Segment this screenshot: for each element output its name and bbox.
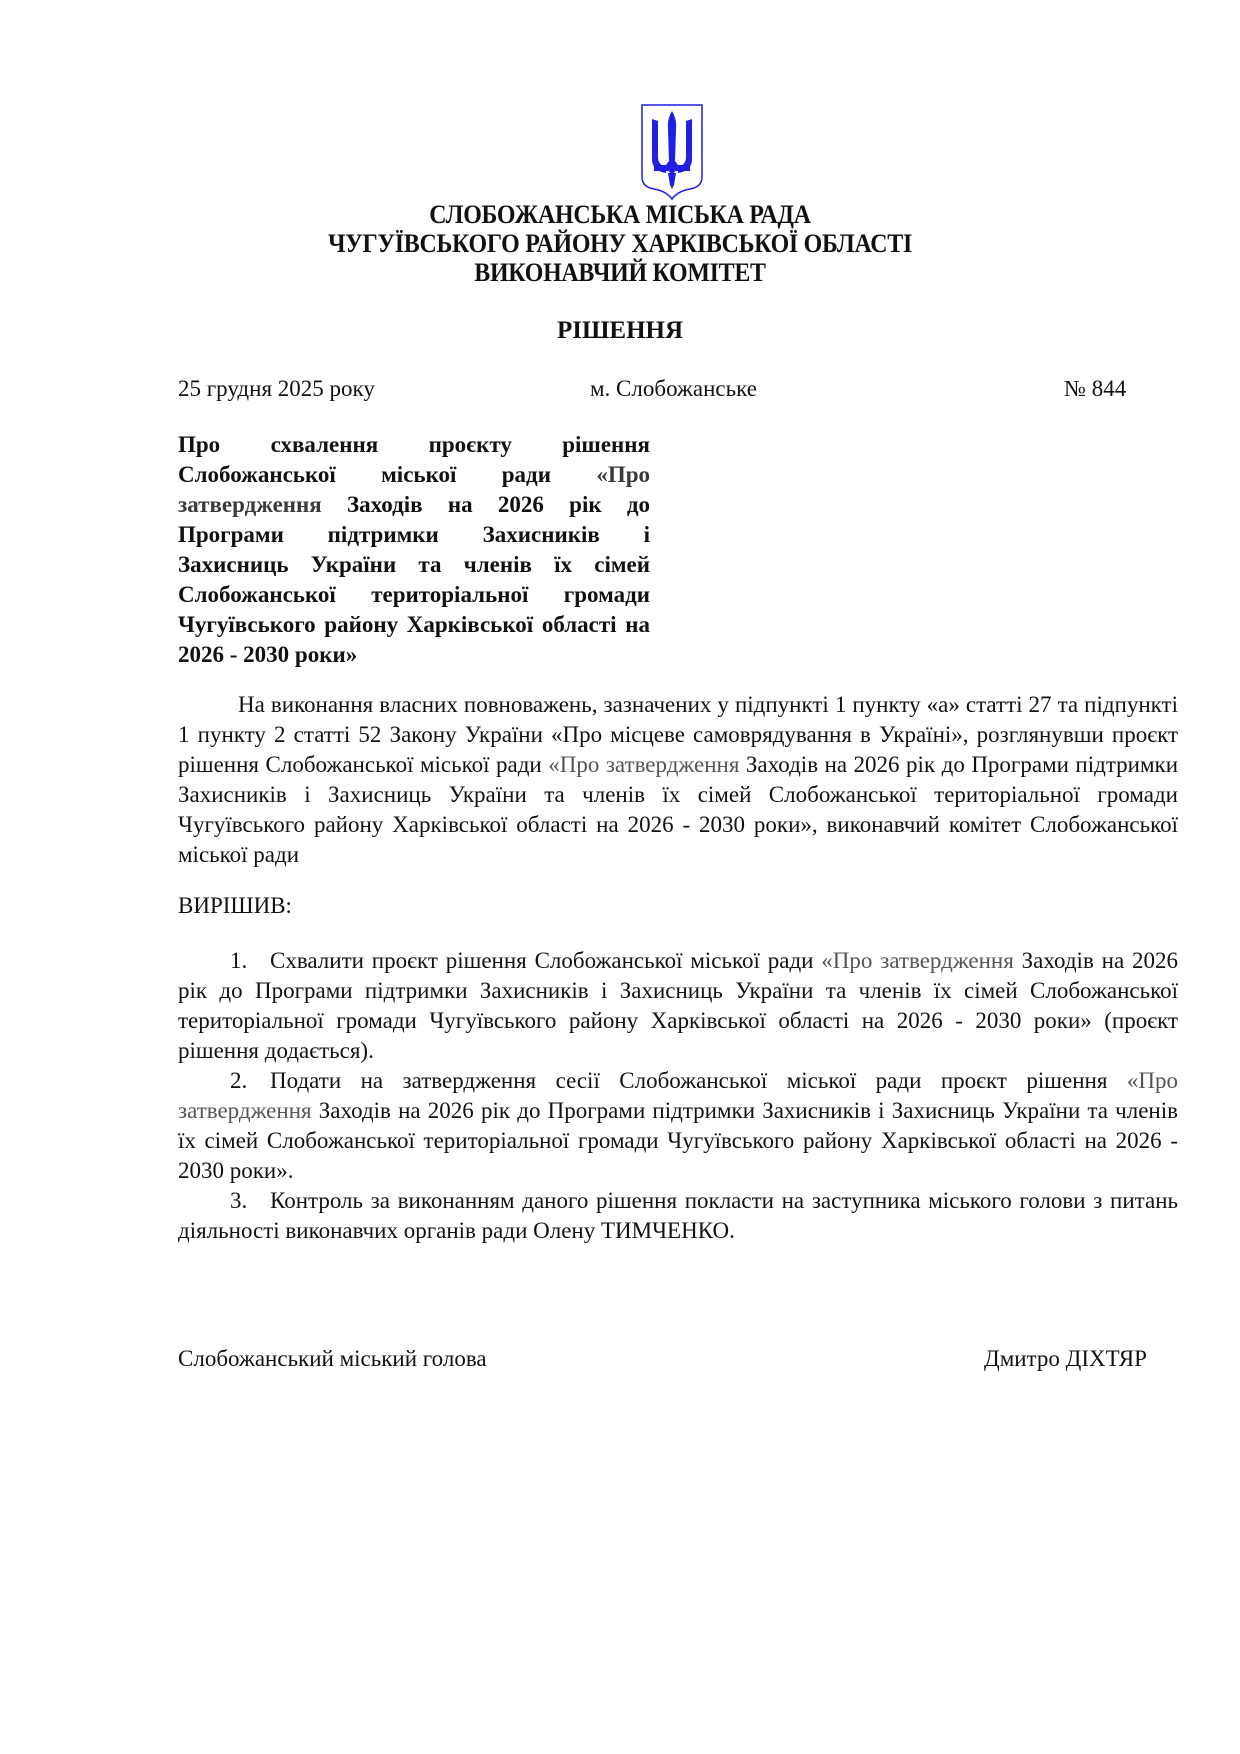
item-text-rest: Заходів на 2026 рік до Програми підтримк… <box>178 1098 1178 1183</box>
district-region: ЧУГУЇВСЬКОГО РАЙОНУ ХАРКІВСЬКОЇ ОБЛАСТІ <box>50 229 1191 259</box>
decision-number: № 844 <box>1064 376 1126 402</box>
item-number: 1. <box>230 946 270 976</box>
subject-text: Про схвалення проєкту рішення Слобожансь… <box>178 432 650 487</box>
executive-committee: ВИКОНАВЧИЙ КОМІТЕТ <box>50 258 1191 288</box>
resolved-label: ВИРІШИВ: <box>178 893 292 919</box>
item-text: Подати на затвердження сесії Слобожанськ… <box>270 1068 1127 1093</box>
decision-date: 25 грудня 2025 року <box>178 376 375 402</box>
document-page: СЛОБОЖАНСЬКА МІСЬКА РАДА ЧУГУЇВСЬКОГО РА… <box>0 0 1240 1754</box>
item-number: 2. <box>230 1066 270 1096</box>
subject-text-rest: Заходів на 2026 рік до Програми підтримк… <box>178 492 650 667</box>
item-text: Контроль за виконанням даного рішення по… <box>178 1188 1178 1243</box>
decision-city: м. Слобожанське <box>590 376 757 402</box>
ukraine-coat-of-arms-icon <box>640 103 704 201</box>
resolution-items: 1.Схвалити проєкт рішення Слобожанської … <box>178 946 1178 1246</box>
item-text: Схвалити проєкт рішення Слобожанської мі… <box>270 948 821 973</box>
preamble-quoted: «Про затвердження <box>548 752 739 777</box>
item-number: 3. <box>230 1186 270 1216</box>
decision-subject: Про схвалення проєкту рішення Слобожансь… <box>178 430 650 670</box>
item-text-quoted: «Про затвердження <box>821 948 1014 973</box>
resolution-item-3: 3.Контроль за виконанням даного рішення … <box>178 1186 1178 1246</box>
resolution-item-2: 2.Подати на затвердження сесії Слобожанс… <box>178 1066 1178 1186</box>
council-name: СЛОБОЖАНСЬКА МІСЬКА РАДА <box>50 200 1191 230</box>
document-type: РІШЕННЯ <box>0 317 1240 345</box>
preamble-paragraph: На виконання власних повноважень, зазнач… <box>178 690 1178 870</box>
signatory-name: Дмитро ДІХТЯР <box>984 1346 1147 1372</box>
resolution-item-1: 1.Схвалити проєкт рішення Слобожанської … <box>178 946 1178 1066</box>
signatory-position: Слобожанський міський голова <box>178 1346 487 1372</box>
